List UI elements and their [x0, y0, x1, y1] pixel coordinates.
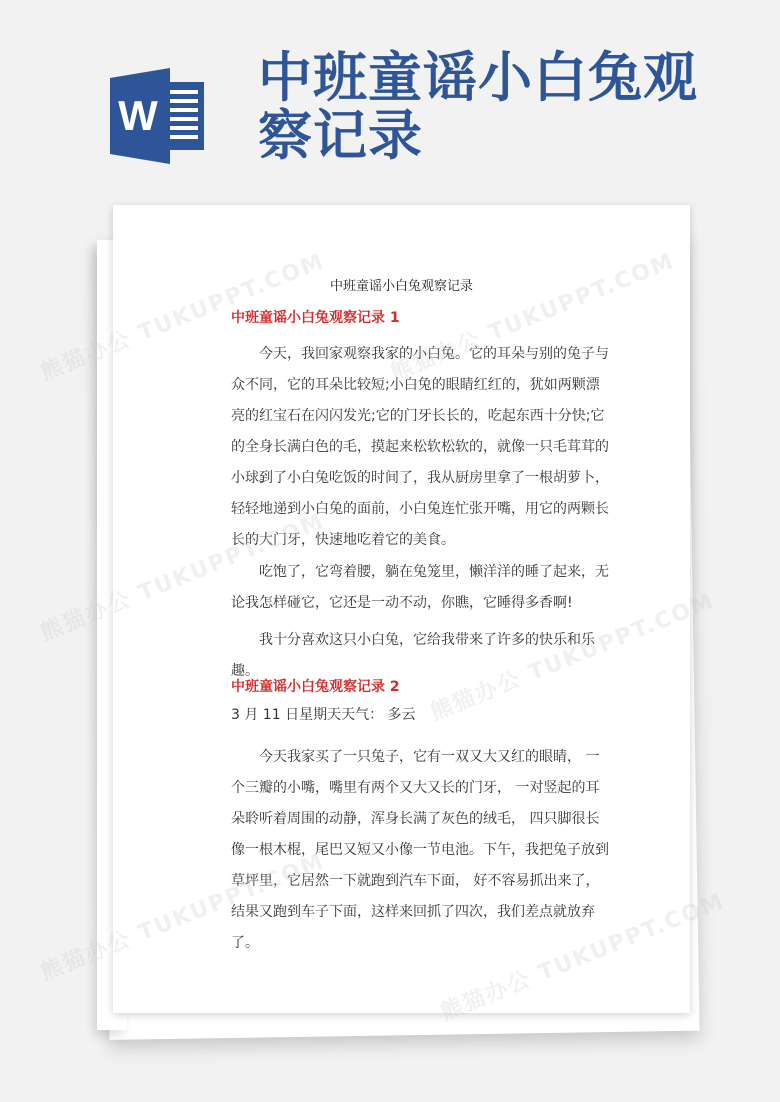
paragraph: 到了小白兔吃饭的时间了，我从厨房里拿了一根胡萝卜，轻轻地递到小白兔的面前，小白兔…: [231, 463, 611, 556]
word-document-icon: W: [108, 68, 208, 164]
header-title: 中班童谣小白兔观察记录: [258, 48, 698, 164]
section-heading-2: 中班童谣小白兔观察记录 2: [231, 676, 400, 696]
paragraph: 吃饱了，它弯着腰，躺在兔笼里，懒洋洋的睡了起来，无论我怎样碰它，它还是一动不动，…: [231, 557, 611, 619]
document-page: 中班童谣小白兔观察记录 中班童谣小白兔观察记录 1 今天，我回家观察我家的小白兔…: [113, 205, 690, 1013]
section-heading-1: 中班童谣小白兔观察记录 1: [231, 307, 400, 327]
date-weather-line: 3 月 11 日星期天天气： 多云: [231, 700, 611, 731]
header: W 中班童谣小白兔观察记录: [0, 0, 780, 190]
paragraph: 今天我家买了一只兔子，它有一双又大又红的眼睛， 一个三瓣的小嘴，嘴里有两个又大又…: [231, 742, 611, 959]
document-title: 中班童谣小白兔观察记录: [113, 275, 690, 294]
svg-text:W: W: [118, 92, 158, 139]
